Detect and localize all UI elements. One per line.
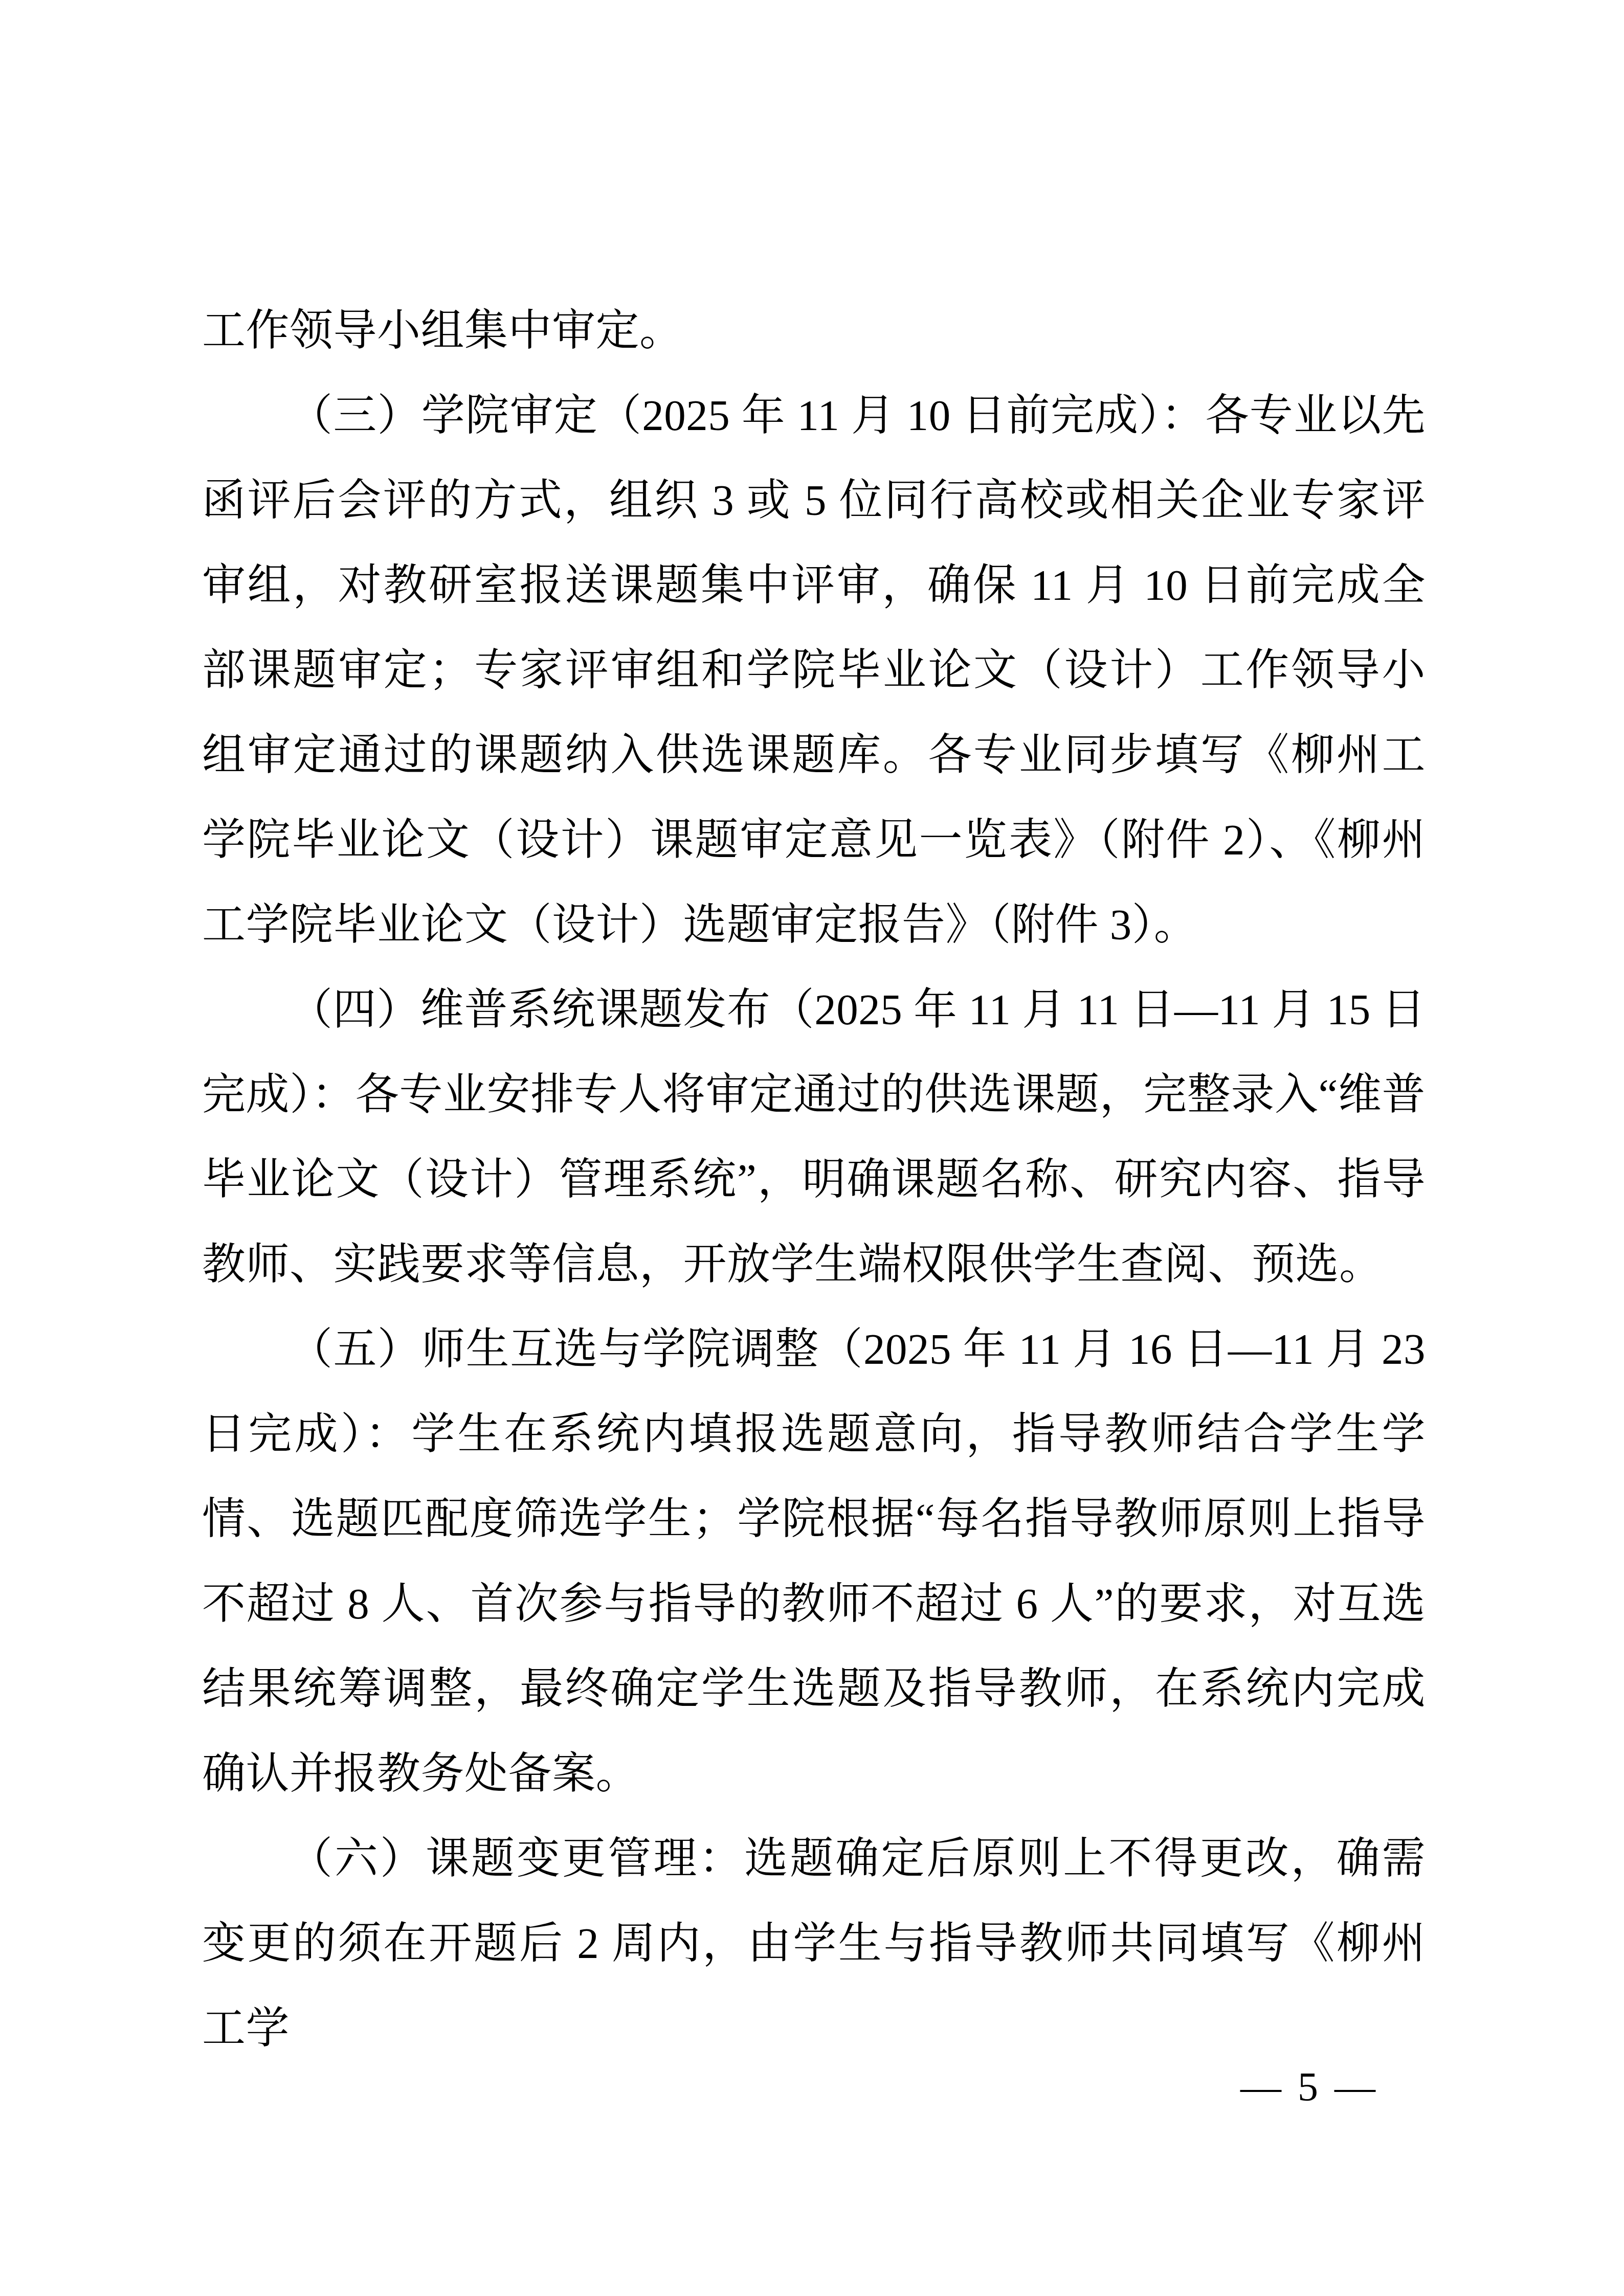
body-paragraph-1: 工作领导小组集中审定。 <box>202 288 1426 373</box>
body-paragraph-5: （六）课题变更管理：选题确定后原则上不得更改，确需变更的须在开题后 2 周内，由… <box>202 1816 1426 2071</box>
body-paragraph-2: （三）学院审定（2025 年 11 月 10 日前完成）：各专业以先函评后会评的… <box>202 373 1426 967</box>
body-paragraph-4: （五）师生互选与学院调整（2025 年 11 月 16 日—11 月 23 日完… <box>202 1307 1426 1816</box>
document-page: 工作领导小组集中审定。 （三）学院审定（2025 年 11 月 10 日前完成）… <box>0 0 1624 2296</box>
body-paragraph-3: （四）维普系统课题发布（2025 年 11 月 11 日—11 月 15 日完成… <box>202 967 1426 1307</box>
page-number: — 5 — <box>1225 2057 1394 2118</box>
document-body: 工作领导小组集中审定。 （三）学院审定（2025 年 11 月 10 日前完成）… <box>202 288 1426 2071</box>
